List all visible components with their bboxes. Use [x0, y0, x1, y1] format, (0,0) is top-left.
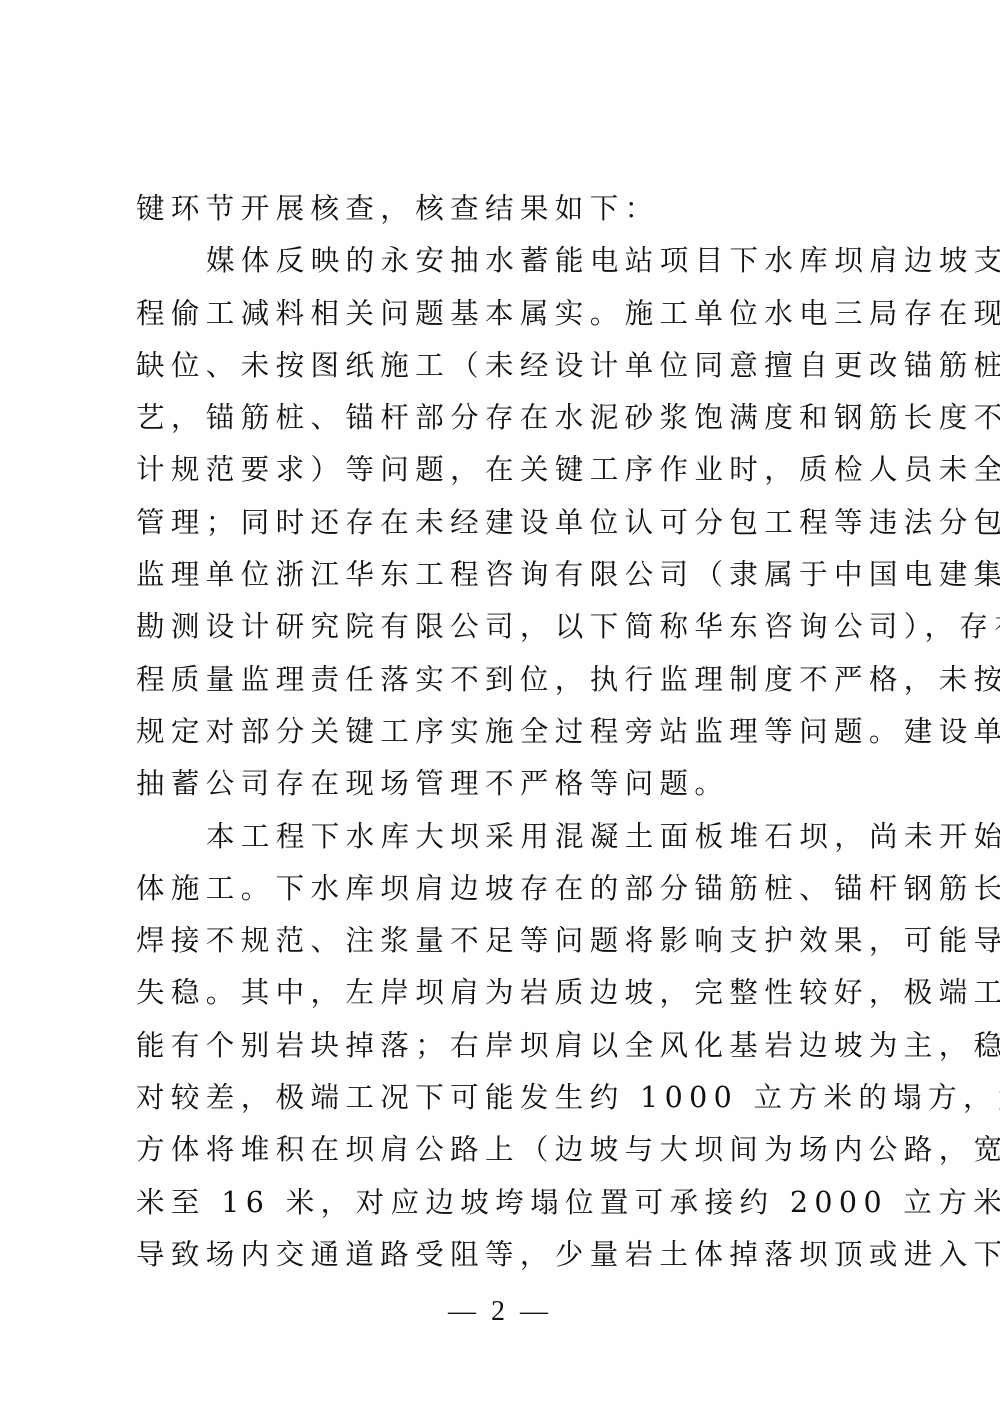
text-line: 勘测设计研究院有限公司，以下简称华东咨询公司），存在对工: [136, 601, 884, 653]
text-line: 规定对部分关键工序实施全过程旁站监理等问题。建设单位永安: [136, 706, 884, 758]
text-line: 方体将堆积在坝肩公路上（边坡与大坝间为场内公路，宽 12.8: [136, 1124, 884, 1176]
text-line: 米至 16 米，对应边坡垮塌位置可承接约 2000 立方米堆积体），: [136, 1177, 884, 1229]
text-line: 能有个别岩块掉落；右岸坝肩以全风化基岩边坡为主，稳定性相: [136, 1020, 884, 1072]
paragraph-start-line: 本工程下水库大坝采用混凝土面板堆石坝，尚未开始大坝主: [136, 811, 884, 863]
text-line: 键环节开展核查，核查结果如下：: [136, 183, 884, 235]
text-line: 失稳。其中，左岸坝肩为岩质边坡，完整性较好，极端工况下可: [136, 967, 884, 1019]
page-number: — 2 —: [0, 1296, 1000, 1328]
text-line: 体施工。下水库坝肩边坡存在的部分锚筋桩、锚杆钢筋长度不足、: [136, 863, 884, 915]
text-line: 程质量监理责任落实不到位，执行监理制度不严格，未按照相关: [136, 654, 884, 706]
text-line: 焊接不规范、注浆量不足等问题将影响支护效果，可能导致边坡: [136, 915, 884, 967]
paragraph-start-line: 媒体反映的永安抽水蓄能电站项目下水库坝肩边坡支护工: [136, 235, 884, 287]
text-line: 缺位、未按图纸施工（未经设计单位同意擅自更改锚筋桩施工工: [136, 340, 884, 392]
text-line: 管理；同时还存在未经建设单位认可分包工程等违法分包问题。: [136, 497, 884, 549]
text-line: 计规范要求）等问题，在关键工序作业时，质检人员未全程在场: [136, 444, 884, 496]
text-line: 抽蓄公司存在现场管理不严格等问题。: [136, 758, 884, 810]
text-line: 艺，锚筋桩、锚杆部分存在水泥砂浆饱满度和钢筋长度不满足设: [136, 392, 884, 444]
text-line: 导致场内交通道路受阻等，少量岩土体掉落坝顶或进入下水库，: [136, 1229, 884, 1281]
text-line: 监理单位浙江华东工程咨询有限公司（隶属于中国电建集团华东: [136, 549, 884, 601]
body-text: 键环节开展核查，核查结果如下： 媒体反映的永安抽水蓄能电站项目下水库坝肩边坡支护…: [136, 183, 884, 1281]
text-line: 程偷工减料相关问题基本属实。施工单位水电三局存在现场管理: [136, 288, 884, 340]
text-line: 对较差，极端工况下可能发生约 1000 立方米的塌方，大部分塌: [136, 1072, 884, 1124]
document-page: 键环节开展核查，核查结果如下： 媒体反映的永安抽水蓄能电站项目下水库坝肩边坡支护…: [0, 0, 1000, 1414]
